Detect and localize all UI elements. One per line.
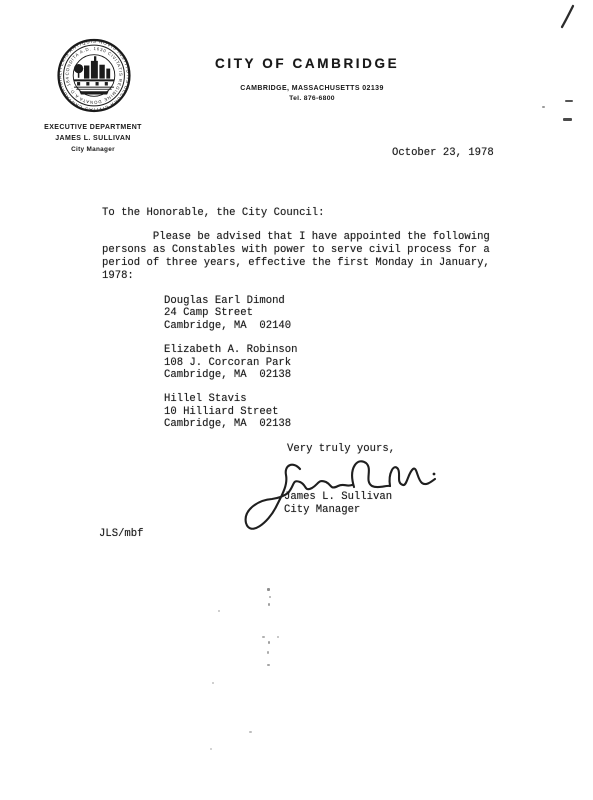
scan-artifact	[268, 603, 270, 606]
scan-artifact	[563, 118, 572, 121]
body-line: persons as Constables with power to serv…	[102, 244, 490, 257]
appointee-entry: Elizabeth A. Robinson 108 J. Corcoran Pa…	[164, 344, 298, 381]
body-line: period of three years, effective the fir…	[102, 257, 490, 270]
salutation: To the Honorable, the City Council:	[102, 207, 325, 220]
appointee-name: Hillel Stavis	[164, 393, 298, 405]
signer-name: James L. Sullivan	[284, 491, 392, 504]
letterhead-phone: Tel. 876-6800	[222, 95, 402, 102]
city-of-cambridge-seal-icon: LITERIS ANTIQUIS NOVIS INSTITUTIS DECORA…	[54, 37, 134, 114]
letterhead-officer-title: City Manager	[38, 146, 148, 153]
letterhead-officer-name: JAMES L. SULLIVAN	[38, 135, 148, 142]
appointee-name: Elizabeth A. Robinson	[164, 344, 298, 356]
letterhead-address: CAMBRIDGE, MASSACHUSETTS 02139	[222, 85, 402, 92]
appointee-city: Cambridge, MA 02138	[164, 369, 298, 381]
scan-artifact	[277, 636, 279, 638]
appointee-city: Cambridge, MA 02140	[164, 320, 298, 332]
scan-artifact	[262, 636, 265, 638]
scan-artifact	[565, 100, 573, 102]
scanned-letter-page: { "scan": { "corner_mark": "/" }, "seal"…	[0, 0, 593, 800]
signer-title: City Manager	[284, 504, 392, 517]
handwritten-corner-mark	[552, 4, 582, 30]
body-line: Please be advised that I have appointed …	[102, 231, 490, 244]
scan-artifact	[542, 106, 545, 108]
scan-artifact	[210, 748, 212, 750]
appointee-entry: Hillel Stavis 10 Hilliard Street Cambrid…	[164, 393, 298, 430]
scan-artifact	[268, 641, 270, 644]
scan-artifact	[267, 588, 270, 591]
letterhead-department: EXECUTIVE DEPARTMENT	[38, 124, 148, 131]
letterhead-title: CITY OF CAMBRIDGE	[215, 56, 399, 71]
appointee-name: Douglas Earl Dimond	[164, 295, 298, 307]
appointee-street: 24 Camp Street	[164, 307, 298, 319]
seal-center-artwork	[74, 56, 114, 94]
scan-artifact	[267, 664, 270, 666]
body-line: 1978:	[102, 270, 490, 283]
appointee-city: Cambridge, MA 02138	[164, 418, 298, 430]
appointee-street: 108 J. Corcoran Park	[164, 357, 298, 369]
scan-artifact	[212, 682, 214, 684]
scan-artifact	[249, 731, 252, 733]
scan-artifact	[218, 610, 220, 612]
appointee-entry: Douglas Earl Dimond 24 Camp Street Cambr…	[164, 295, 298, 332]
scan-artifact	[267, 651, 269, 654]
appointee-list: Douglas Earl Dimond 24 Camp Street Cambr…	[164, 295, 298, 443]
reference-initials: JLS/mbf	[99, 528, 144, 541]
appointee-street: 10 Hilliard Street	[164, 406, 298, 418]
scan-artifact	[269, 596, 271, 598]
body-paragraph: Please be advised that I have appointed …	[102, 231, 490, 283]
letter-date: October 23, 1978	[392, 147, 494, 160]
